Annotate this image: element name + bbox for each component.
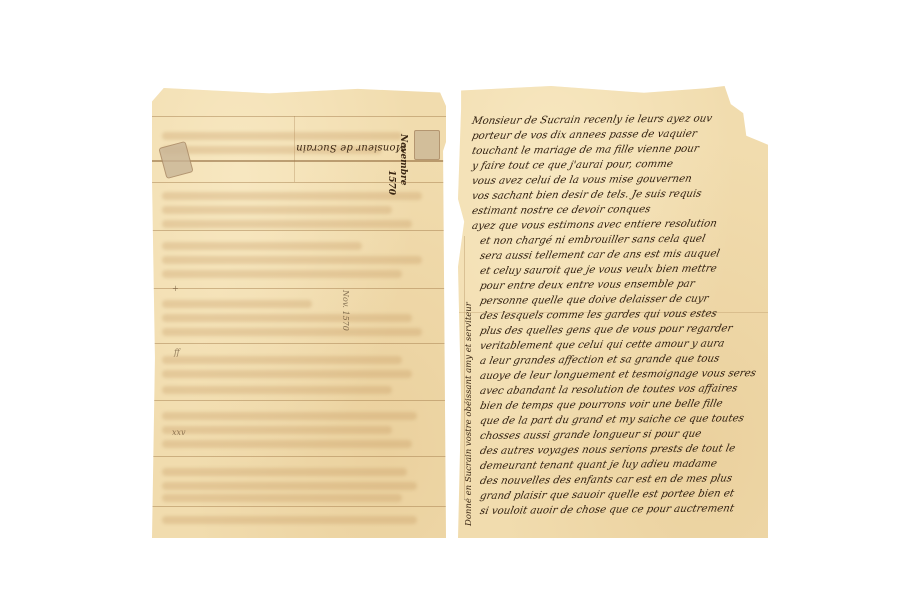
- letter-line: personne quelle que doive delaisser de c…: [479, 294, 709, 307]
- letter-line: des lesquels comme les gardes qui vous e…: [479, 309, 718, 322]
- right-sheet-recto: Donné en Sucrain vostre obéissant amy et…: [458, 86, 768, 538]
- letter-line: des autres voyages nous serions prests d…: [479, 443, 736, 457]
- fold-line: [152, 116, 446, 117]
- left-sheet-verso: Monsieur de Sucrain 1570 Novembre Nov. 1…: [152, 88, 446, 538]
- letter-line: vos sachant bien desir de tels. Je suis …: [471, 189, 703, 202]
- letter-line: y faire tout ce que j'aurai pour, comme: [471, 159, 674, 172]
- letter-line: Monsieur de Sucrain recenly ie leurs aye…: [471, 113, 713, 127]
- letter-line: touchant le mariage de ma fille vienne p…: [471, 144, 700, 157]
- fold-line: [152, 288, 446, 289]
- letter-line: et non chargé ni embrouiller sans cela q…: [479, 234, 706, 247]
- margin-mark: +: [172, 284, 179, 293]
- letter-line: grand plaisir que sauoir quelle est port…: [479, 488, 735, 502]
- letter-line: ayez que vous estimons avec entiere reso…: [471, 218, 718, 232]
- letter-line: a leur grandes affection et sa grande qu…: [479, 354, 720, 367]
- letter-line: sera aussi tellement car de ans est mis …: [479, 248, 721, 262]
- fold-line: [152, 506, 446, 507]
- docket-month: Novembre: [398, 134, 408, 185]
- docket-year: 1570: [386, 170, 396, 195]
- fold-line: [152, 230, 446, 231]
- letter-line: estimant nostre ce devoir conques: [471, 204, 652, 217]
- letter-line: et celuy sauroit que je vous veulx bien …: [479, 264, 718, 277]
- fold-line: [152, 456, 446, 457]
- docket-note: Nov. 1570: [341, 290, 350, 331]
- margin-mark: ff: [174, 348, 180, 357]
- letter-line: que de la part du grand et my saiche ce …: [479, 413, 745, 427]
- letter-line: si vouloit auoir de chose que ce pour au…: [479, 503, 735, 517]
- letter-line: avec abandant la resolution de toutes vo…: [479, 383, 739, 397]
- fold-line: [152, 400, 446, 401]
- letter-line: demeurant tenant quant je luy adieu mada…: [479, 459, 718, 472]
- address-inscription: Monsieur de Sucrain: [296, 142, 406, 153]
- letter-line: plus des quelles gens que de vous pour r…: [479, 323, 733, 337]
- letter-line: des nouvelles des enfants car est en de …: [479, 473, 733, 487]
- seal-square: [414, 130, 440, 160]
- margin-mark: xxv: [172, 428, 186, 437]
- margin-note: Donné en Sucrain vostre obéissant amy et…: [464, 302, 474, 526]
- letter-line: chosses aussi grande longueur si pour qu…: [479, 429, 702, 442]
- fold-line: [152, 343, 446, 344]
- letter-line: vous avez celui de la vous mise gouverne…: [471, 174, 693, 187]
- letter-line: veritablement que celui qui cette amour …: [479, 338, 726, 352]
- letter-line: pour entre deux entre vous ensemble par: [479, 279, 696, 292]
- letter-line: auoye de leur longuement et tesmoignage …: [479, 368, 757, 382]
- letter-line: porteur de vos dix annees passe de vaqui…: [471, 129, 698, 142]
- letter-line: bien de temps que pourrons voir une bell…: [479, 398, 724, 412]
